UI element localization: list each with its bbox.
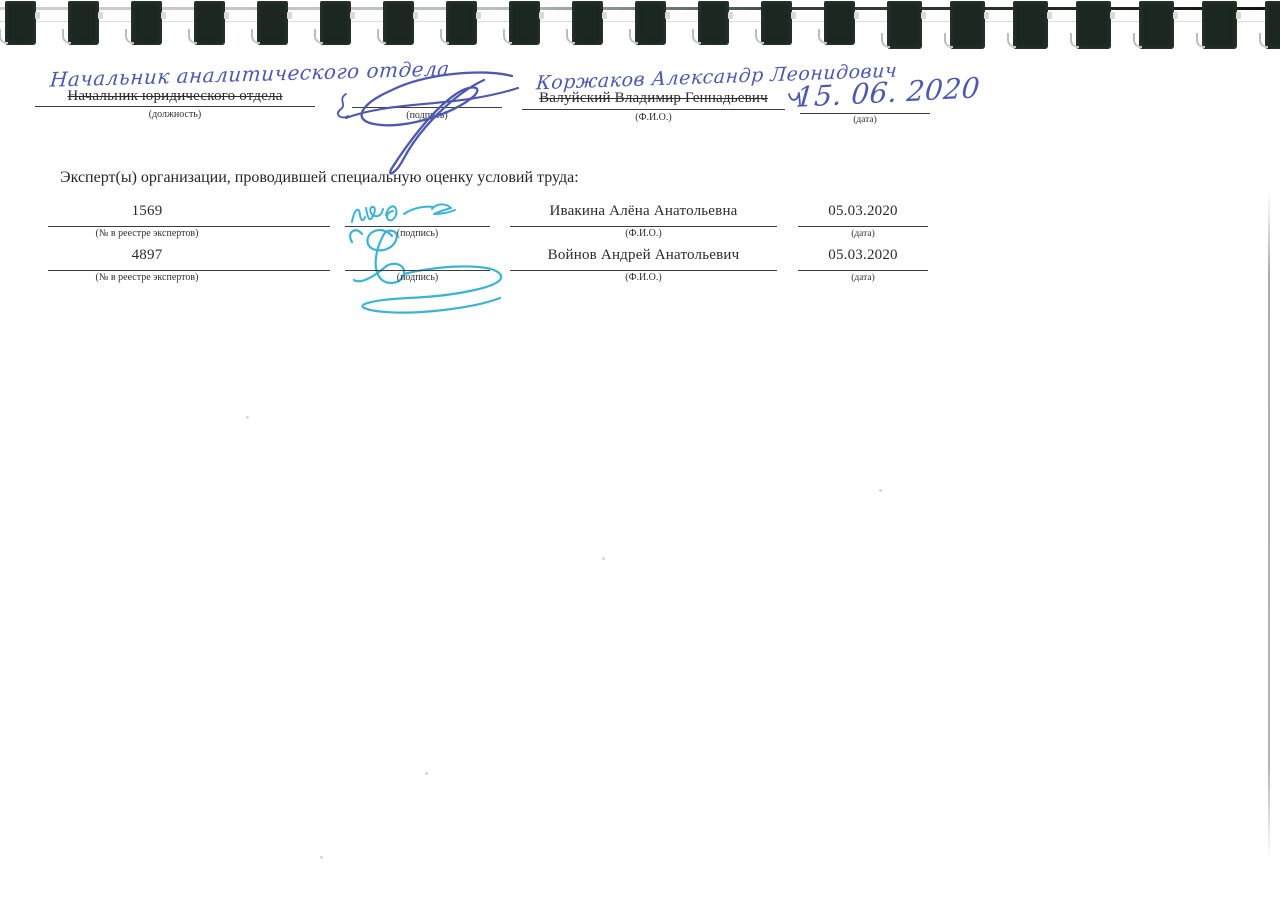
- expert-date-label: (дата): [798, 229, 928, 239]
- name-line: [522, 109, 785, 110]
- expert-name: Ивакина Алёна Анатольевна: [510, 203, 777, 220]
- binding-tooth: [1265, 1, 1280, 49]
- binding-tooth: [320, 1, 351, 45]
- binding-tooth: [257, 1, 288, 45]
- binding-tooth: [68, 1, 99, 45]
- scan-speck: [425, 772, 428, 775]
- binding-tooth: [698, 1, 729, 45]
- binding-tooth: [1013, 1, 1048, 49]
- registry-label: (№ в реестре экспертов): [6, 272, 288, 283]
- binding-tooth: [635, 1, 666, 45]
- expert-date: 05.03.2020: [798, 247, 928, 264]
- scan-speck: [246, 416, 249, 419]
- binding-tooth: [383, 1, 414, 45]
- comb-binding: [0, 0, 1280, 56]
- binding-tooth: [5, 1, 36, 45]
- scan-speck: [320, 856, 323, 859]
- expert-name-label: (Ф.И.О.): [510, 228, 777, 239]
- expert-name: Войнов Андрей Анатольевич: [510, 247, 777, 264]
- registry-label: (№ в реестре экспертов): [6, 228, 288, 239]
- binding-tooth: [1202, 1, 1237, 49]
- binding-tooth: [131, 1, 162, 45]
- scan-speck: [602, 557, 605, 560]
- binding-tooth: [824, 1, 855, 45]
- printed-name-struck: Валуйский Владимир Геннадьевич: [522, 90, 785, 107]
- printed-position-struck: Начальник юридического отдела: [35, 88, 315, 105]
- position-line: [35, 106, 315, 107]
- expert-name-line: [510, 270, 777, 271]
- binding-tooth: [446, 1, 477, 45]
- registry-line: [48, 270, 330, 271]
- binding-tooth: [194, 1, 225, 45]
- binding-tooth: [761, 1, 792, 45]
- date-line: [800, 113, 930, 114]
- date-label: (дата): [800, 115, 930, 125]
- registry-line: [48, 226, 330, 227]
- expert-date-line: [798, 226, 928, 227]
- name-label: (Ф.И.О.): [522, 112, 785, 123]
- expert-date-line: [798, 270, 928, 271]
- scan-speck: [879, 489, 882, 492]
- scanned-document-page: Начальник аналитического отдела Начальни…: [0, 0, 1280, 905]
- expert-signature-ink: [338, 224, 528, 309]
- expert-name-label: (Ф.И.О.): [510, 272, 777, 283]
- binding-tooth: [1139, 1, 1174, 49]
- binding-tooth: [950, 1, 985, 49]
- binding-tooth: [1076, 1, 1111, 49]
- expert-signature-label: (подпись): [345, 272, 490, 283]
- position-label: (должность): [35, 109, 315, 120]
- experts-heading: Эксперт(ы) организации, проводившей спец…: [60, 169, 579, 187]
- page-edge-shadow: [1268, 192, 1270, 860]
- expert-registry-no: 4897: [6, 247, 288, 264]
- signature-ink: [332, 66, 527, 171]
- binding-tooth: [509, 1, 540, 45]
- expert-date: 05.03.2020: [798, 203, 928, 220]
- expert-registry-no: 1569: [6, 203, 288, 220]
- expert-signature-line: [345, 270, 490, 271]
- expert-name-line: [510, 226, 777, 227]
- binding-tooth: [887, 1, 922, 49]
- binding-tooth: [572, 1, 603, 45]
- expert-date-label: (дата): [798, 273, 928, 283]
